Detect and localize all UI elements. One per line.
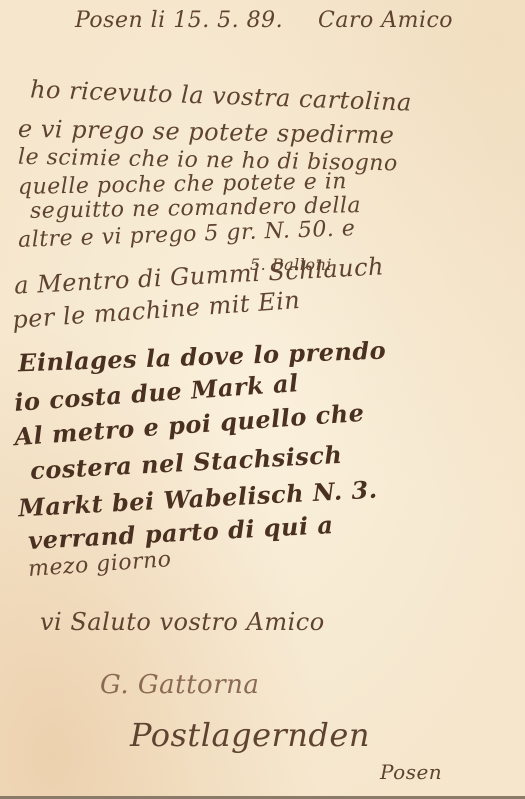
- body-line-10: Einlages la dove lo prendo: [18, 336, 387, 378]
- postcard: Posen li 15. 5. 89. Caro Amico ho ricevu…: [0, 0, 525, 799]
- salutation: Caro Amico: [318, 8, 453, 33]
- body-line-2: e vi prego se potete spedirme: [18, 115, 395, 150]
- closing: vi Saluto vostro Amico: [40, 608, 325, 636]
- signature-name: G. Gattorna: [100, 670, 259, 700]
- signature-address-2: Posen: [380, 760, 442, 784]
- body-line-1: ho ricevuto la vostra cartolina: [30, 75, 413, 116]
- place-date: Posen li 15. 5. 89.: [75, 8, 283, 33]
- signature-address-1: Postlagernden: [130, 716, 370, 754]
